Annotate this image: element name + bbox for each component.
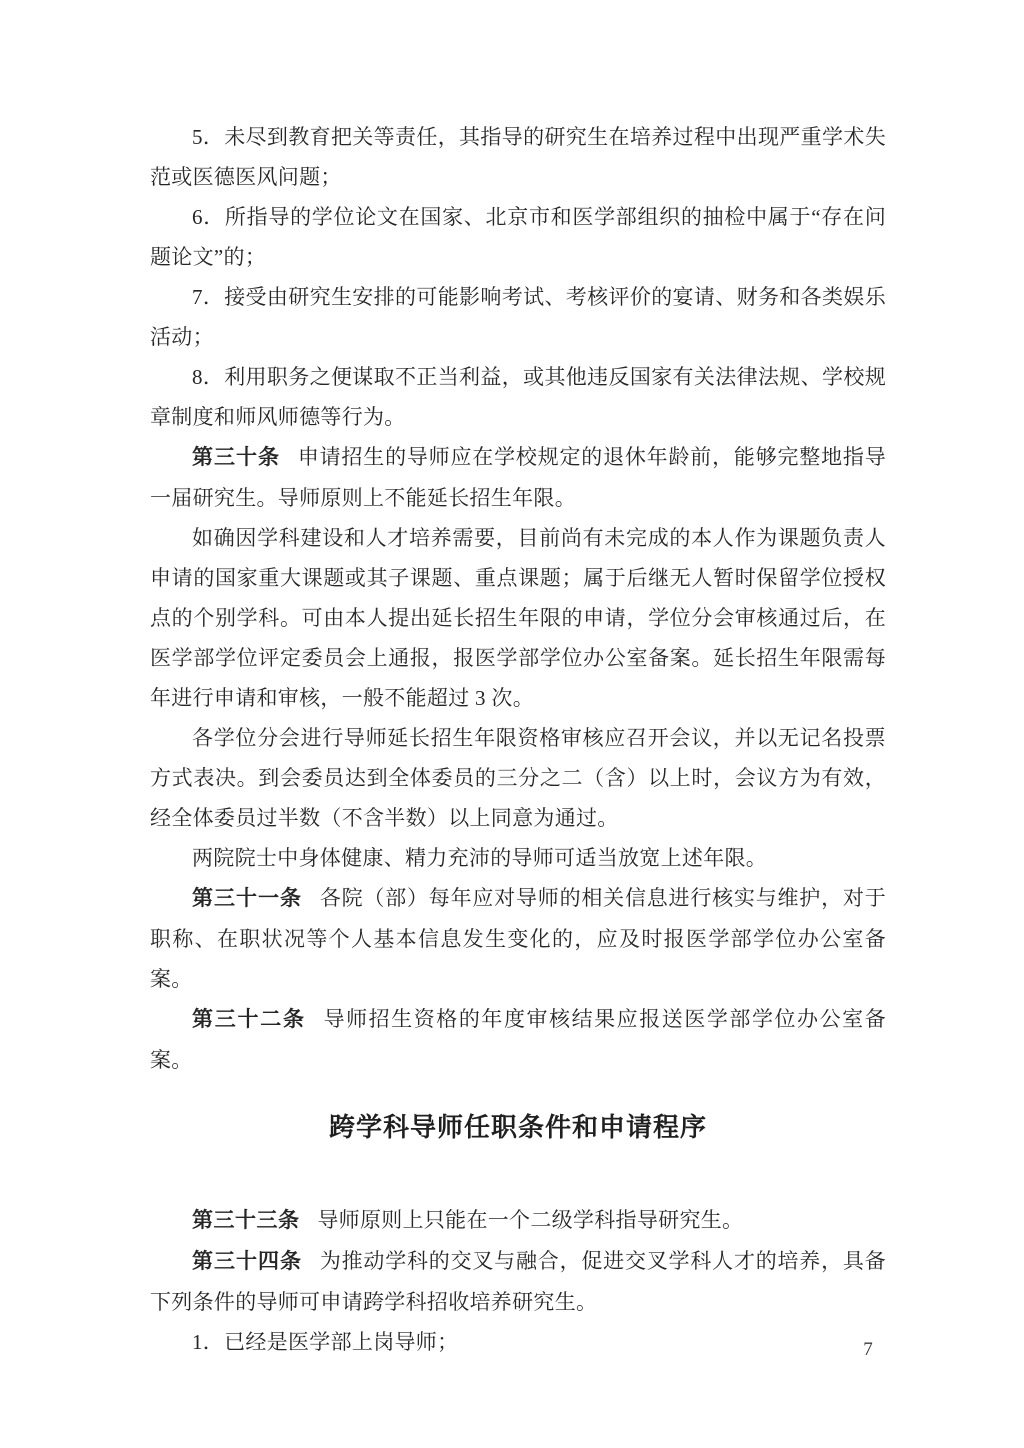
article-31: 第三十一条各院（部）每年应对导师的相关信息进行核实与维护，对于职称、在职状况等个… [150, 878, 886, 999]
list-item-1: 1．已经是医学部上岗导师； [150, 1322, 886, 1362]
article-number: 第三十二条 [192, 1008, 306, 1031]
article-32: 第三十二条导师招生资格的年度审核结果应报送医学部学位办公室备案。 [150, 999, 886, 1080]
document-page: 5．未尽到教育把关等责任，其指导的研究生在培养过程中出现严重学术失范或医德医风问… [0, 0, 1024, 1448]
paragraph-text: 各学位分会进行导师延长招生年限资格审核应召开会议，并以无记名投票方式表决。到会委… [150, 726, 886, 830]
paragraph-text: 两院院士中身体健康、精力充沛的导师可适当放宽上述年限。 [192, 846, 767, 870]
article-number: 第三十条 [192, 446, 280, 469]
article-number: 第三十一条 [192, 887, 302, 910]
article-30: 第三十条申请招生的导师应在学校规定的退休年龄前，能够完整地指导一届研究生。导师原… [150, 437, 886, 518]
page-number: 7 [856, 1338, 880, 1362]
paragraph: 两院院士中身体健康、精力充沛的导师可适当放宽上述年限。 [150, 838, 886, 878]
paragraph-text: 8．利用职务之便谋取不正当利益，或其他违反国家有关法律法规、学校规章制度和师风师… [150, 365, 886, 429]
paragraph-text: 导师原则上只能在一个二级学科指导研究生。 [317, 1208, 743, 1232]
paragraph: 各学位分会进行导师延长招生年限资格审核应召开会议，并以无记名投票方式表决。到会委… [150, 718, 886, 838]
list-item-5: 5．未尽到教育把关等责任，其指导的研究生在培养过程中出现严重学术失范或医德医风问… [150, 117, 886, 197]
list-item-6: 6．所指导的学位论文在国家、北京市和医学部组织的抽检中属于“存在问题论文”的； [150, 197, 886, 277]
paragraph-text: 1．已经是医学部上岗导师； [192, 1330, 458, 1354]
paragraph-text: 7．接受由研究生安排的可能影响考试、考核评价的宴请、财务和各类娱乐活动； [150, 285, 886, 349]
list-item-7: 7．接受由研究生安排的可能影响考试、考核评价的宴请、财务和各类娱乐活动； [150, 277, 886, 357]
document-body: 5．未尽到教育把关等责任，其指导的研究生在培养过程中出现严重学术失范或医德医风问… [150, 117, 886, 1362]
paragraph-text: 5．未尽到教育把关等责任，其指导的研究生在培养过程中出现严重学术失范或医德医风问… [150, 125, 886, 189]
section-heading: 跨学科导师任职条件和申请程序 [150, 1105, 886, 1150]
paragraph-text: 6．所指导的学位论文在国家、北京市和医学部组织的抽检中属于“存在问题论文”的； [150, 205, 886, 269]
article-33: 第三十三条导师原则上只能在一个二级学科指导研究生。 [150, 1200, 886, 1241]
paragraph: 如确因学科建设和人才培养需要，目前尚有未完成的本人作为课题负责人申请的国家重大课… [150, 518, 886, 718]
paragraph-text: 如确因学科建设和人才培养需要，目前尚有未完成的本人作为课题负责人申请的国家重大课… [150, 526, 886, 710]
article-34: 第三十四条为推动学科的交叉与融合，促进交叉学科人才的培养，具备下列条件的导师可申… [150, 1241, 886, 1322]
article-number: 第三十三条 [192, 1209, 300, 1232]
list-item-8: 8．利用职务之便谋取不正当利益，或其他违反国家有关法律法规、学校规章制度和师风师… [150, 357, 886, 437]
article-number: 第三十四条 [192, 1250, 302, 1273]
